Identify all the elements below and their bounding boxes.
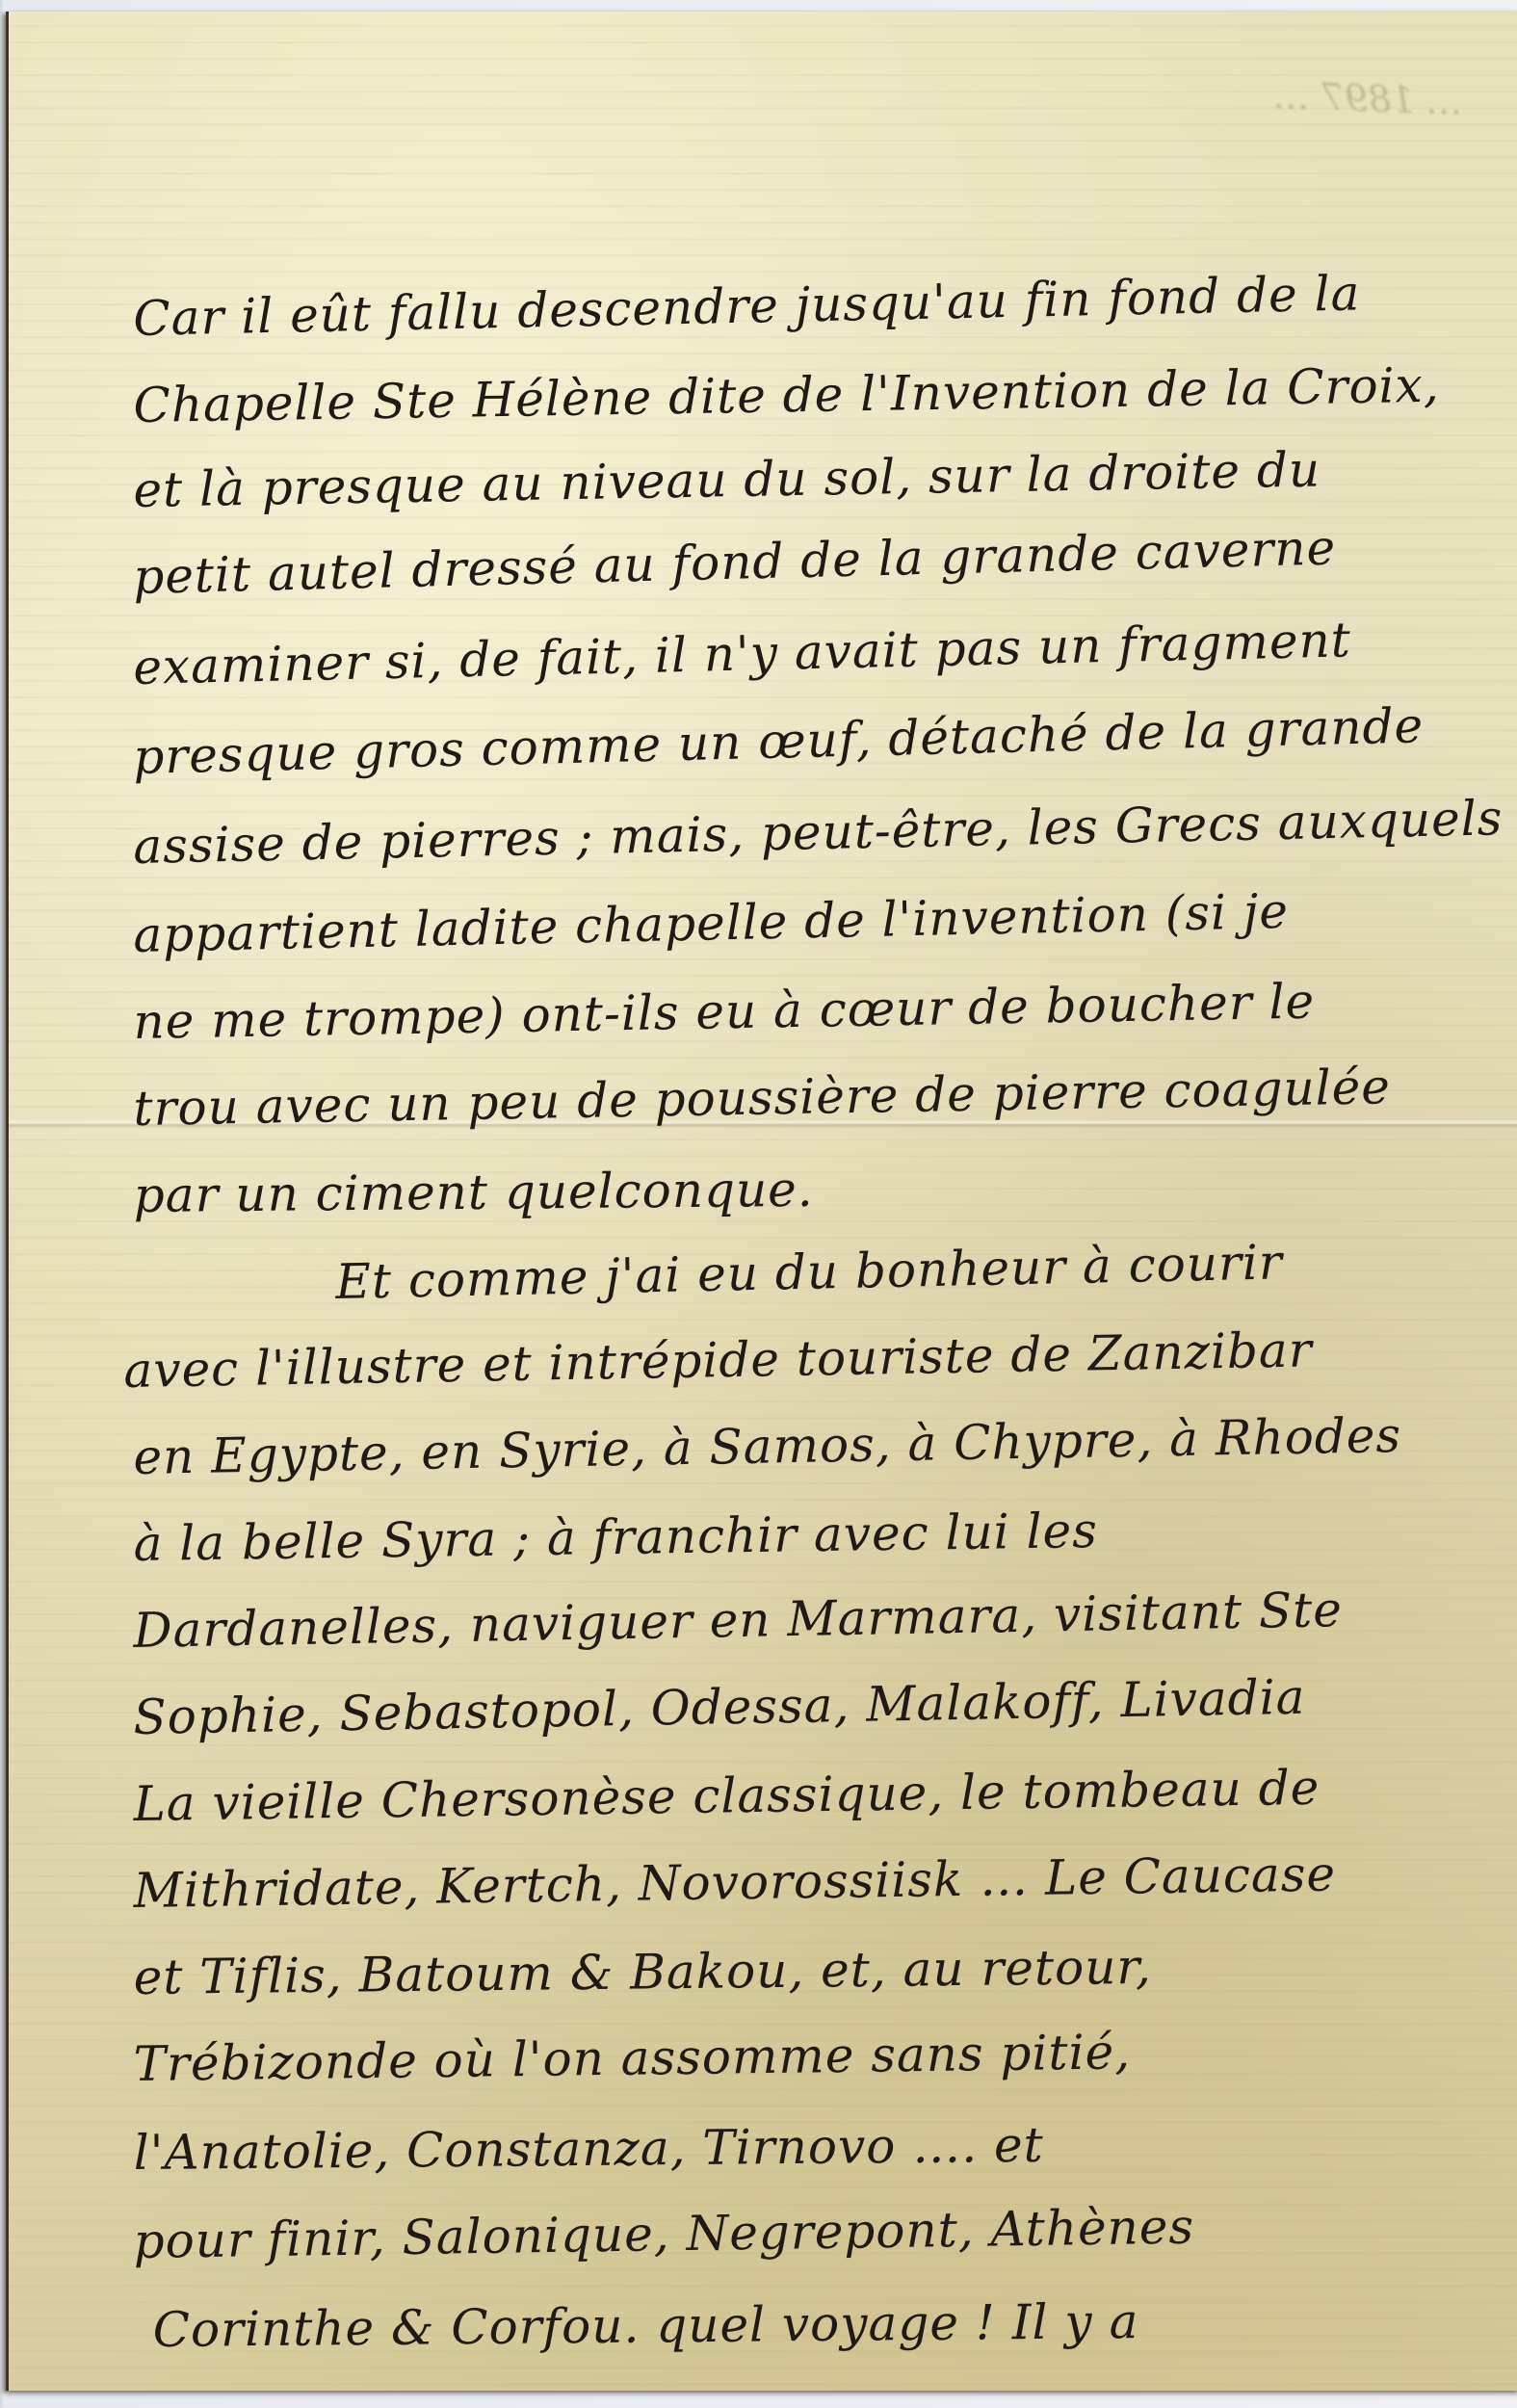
text-line: appartient ladite chapelle de l'inventio… [133, 883, 1290, 963]
text-line: à la belle Syra ; à franchir avec lui le… [133, 1503, 1098, 1572]
text-line: presque gros comme un œuf, détaché de la… [133, 697, 1425, 785]
text-line: examiner si, de fait, il n'y avait pas u… [133, 612, 1352, 695]
bleed-through-text: … 1897 … [258, 29, 1463, 133]
text-line: Et comme j'ai eu du bonheur à courir [335, 1234, 1284, 1310]
text-line: par un ciment quelconque. [133, 1162, 813, 1223]
text-line: pour finir, Salonique, Negrepont, Athène… [133, 2199, 1194, 2269]
text-line: ne me trompe) ont-ils eu à cœur de bouch… [133, 974, 1316, 1050]
text-line: en Egypte, en Syrie, à Samos, à Chypre, … [133, 1407, 1402, 1485]
text-line: et Tiflis, Batoum & Bakou, et, au retour… [133, 1939, 1152, 2005]
text-line: Car il eût fallu descendre jusqu'au fin … [133, 265, 1361, 347]
text-line: Chapelle Ste Hélène dite de l'Invention … [133, 357, 1440, 433]
text-line: Sophie, Sebastopol, Odessa, Malakoff, Li… [133, 1669, 1306, 1745]
text-line: Dardanelles, naviguer en Marmara, visita… [133, 1582, 1343, 1659]
letter-page: … 1897 … Car il eût fallu descendre jusq… [6, 12, 1517, 2391]
text-line: petit autel dressé au fond de la grande … [133, 519, 1337, 605]
text-line: l'Anatolie, Constanza, Tirnovo …. et [133, 2117, 1043, 2181]
text-line: et là presque au niveau du sol, sur la d… [133, 441, 1321, 518]
text-line: avec l'illustre et intrépide touriste de… [123, 1322, 1313, 1399]
text-line: La vieille Chersonèse classique, le tomb… [133, 1760, 1320, 1832]
text-line: Corinthe & Corfou. quel voyage ! Il y a [152, 2293, 1138, 2358]
text-line: Mithridate, Kertch, Novorossiisk … Le Ca… [133, 1846, 1336, 1919]
text-line: Trébizonde où l'on assomme sans pitié, [133, 2024, 1131, 2092]
text-line: assise de pierres ; mais, peut-être, les… [133, 790, 1504, 875]
